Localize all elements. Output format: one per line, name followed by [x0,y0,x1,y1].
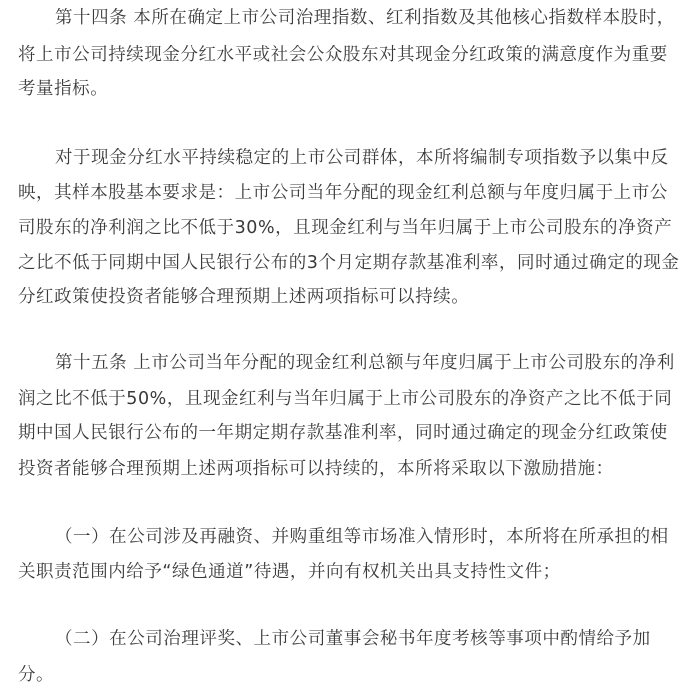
text-line: 考量指标。 [18,78,108,100]
text-line: 对于现金分红水平持续稳定的上市公司群体，本所将编制专项指数予以集中反 [55,147,669,169]
text-line: 第十五条 上市公司当年分配的现金红利总额与年度归属于上市公司股东的净利 [55,352,675,374]
text-line: （二）在公司治理评奖、上市公司董事会秘书年度考核等事项中酌情给予加 [55,628,651,650]
text-line: （一）在公司涉及再融资、并购重组等市场准入情形时，本所将在所承担的相 [55,526,669,548]
text-line: 司股东的净利润之比不低于30%，且现金红利与当年归属于上市公司股东的净资产 [18,217,672,239]
text-line: 期中国人民银行公布的一年期定期存款基准利率，同时通过确定的现金分红政策使 [18,422,668,444]
text-line: 之比不低于同期中国人民银行公布的3个月定期存款基准利率，同时通过确定的现金 [18,252,679,274]
document-body: 第十四条 本所在确定上市公司治理指数、红利指数及其他核心指数样本股时， 将上市公… [0,0,700,700]
text-line: 润之比不低于50%，且现金红利与当年归属于上市公司股东的净资产之比不低于同 [18,388,672,410]
text-line: 分。 [18,664,54,686]
text-line: 第十四条 本所在确定上市公司治理指数、红利指数及其他核心指数样本股时， [55,7,675,29]
text-line: 关职责范围内给予“绿色通道”待遇，并向有权机关出具支持性文件； [18,561,561,583]
text-line: 投资者能够合理预期上述两项指标可以持续的，本所将采取以下激励措施： [18,458,614,480]
text-line: 将上市公司持续现金分红水平或社会公众股东对其现金分红政策的满意度作为重要 [18,44,668,66]
text-line: 映，其样本股基本要求是：上市公司当年分配的现金红利总额与年度归属于上市公 [18,182,668,204]
text-line: 分红政策使投资者能够合理预期上述两项指标可以持续。 [18,286,469,308]
